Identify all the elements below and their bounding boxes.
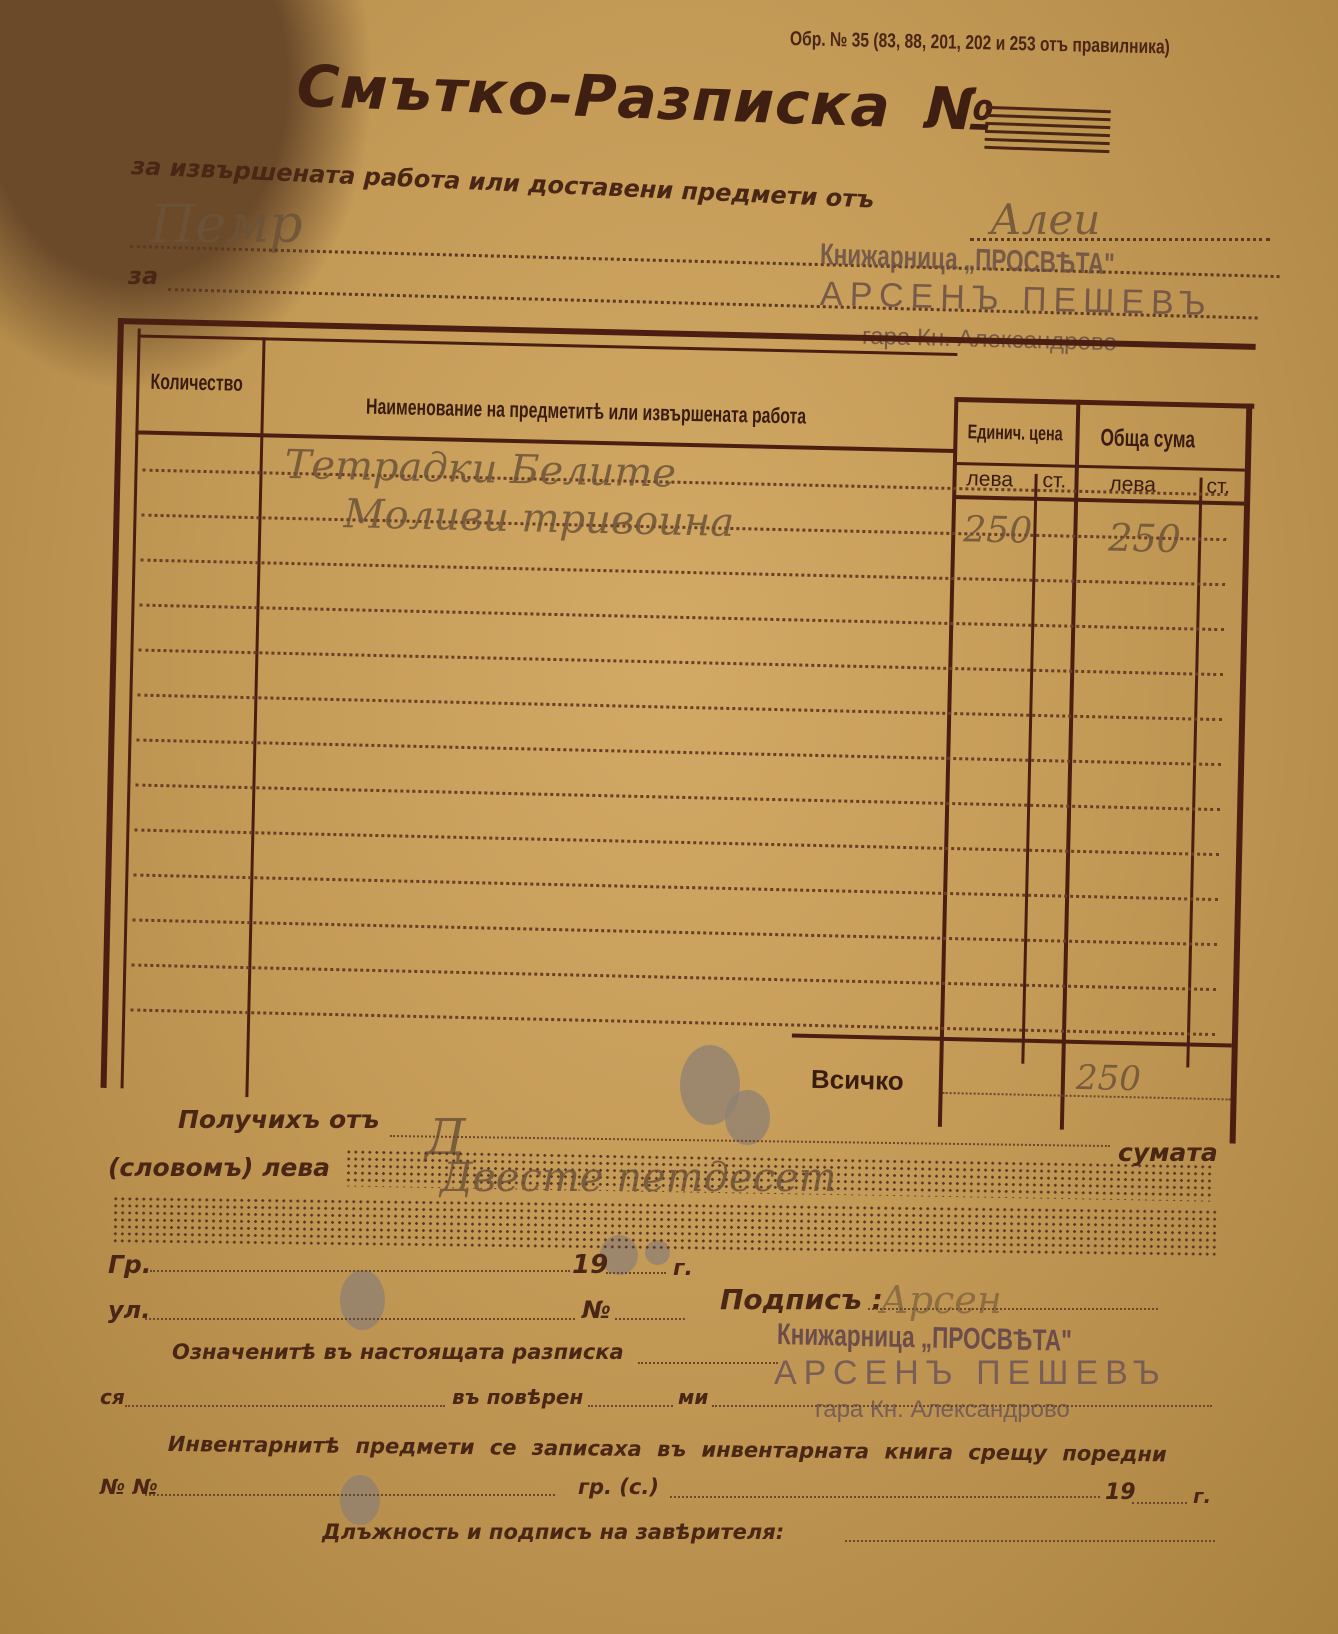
- footer-line2-a: ся: [100, 1385, 125, 1409]
- col-header-unit-price: Единич. цена: [967, 421, 1063, 446]
- no-label: №: [582, 1296, 611, 1324]
- total-label: Всичко: [811, 1064, 905, 1097]
- signature-value: Арсен: [880, 1278, 1002, 1322]
- table-row-1-description: Тетрадки Белите: [284, 442, 676, 497]
- col-header-description: Наименование на предметитѣ или извършена…: [366, 394, 807, 430]
- street-label: ул.: [108, 1296, 150, 1324]
- table-row-2-unit-leva: 250: [963, 509, 1033, 552]
- footer-line2-c: ми: [678, 1385, 708, 1409]
- stain: [340, 1475, 380, 1525]
- table-row-2-total-leva: 250: [1108, 516, 1182, 562]
- items-table: Количество Наименование на предметитѣ ил…: [100, 318, 1256, 1144]
- supplier-name: Алеи: [990, 195, 1100, 244]
- receipt-number-field: [984, 106, 1111, 158]
- signature-label: Подписъ :: [720, 1283, 883, 1316]
- received-from-label: Получихъ отъ: [178, 1105, 379, 1134]
- year-label: 19: [572, 1250, 608, 1280]
- stamp-bottom-line2: АРСЕНЪ ПЕШЕВЪ: [774, 1354, 1167, 1393]
- stamp-bottom-line3: гара Кн. Александрово: [815, 1396, 1070, 1424]
- words-label: (словомъ) лева: [108, 1153, 330, 1182]
- col-header-total: Обща сума: [1100, 424, 1195, 454]
- footer-line4-d: г.: [1193, 1484, 1211, 1508]
- amount-in-words-value: Двесте петдесет: [440, 1155, 837, 1201]
- city-label: Гр.: [108, 1250, 151, 1279]
- total-value: 250: [1076, 1058, 1142, 1099]
- col-header-quantity: Количество: [150, 369, 243, 397]
- g-label: г.: [673, 1256, 693, 1281]
- stain: [340, 1270, 385, 1330]
- footer-line2-b: въ повѣрен: [452, 1385, 583, 1409]
- footer-line5: Длъжность и подписъ на завѣрителя:: [322, 1520, 784, 1544]
- footer-line4-b: гр. (с.): [578, 1475, 659, 1499]
- for-label: за: [128, 262, 158, 290]
- stamp-bottom-line1: Книжарница „ПРОСВѢТА": [777, 1318, 1072, 1359]
- table-row-2-description: Моливи тривоина: [343, 491, 735, 546]
- footer-line1: Означенитѣ въ настоящата разписка: [172, 1340, 624, 1364]
